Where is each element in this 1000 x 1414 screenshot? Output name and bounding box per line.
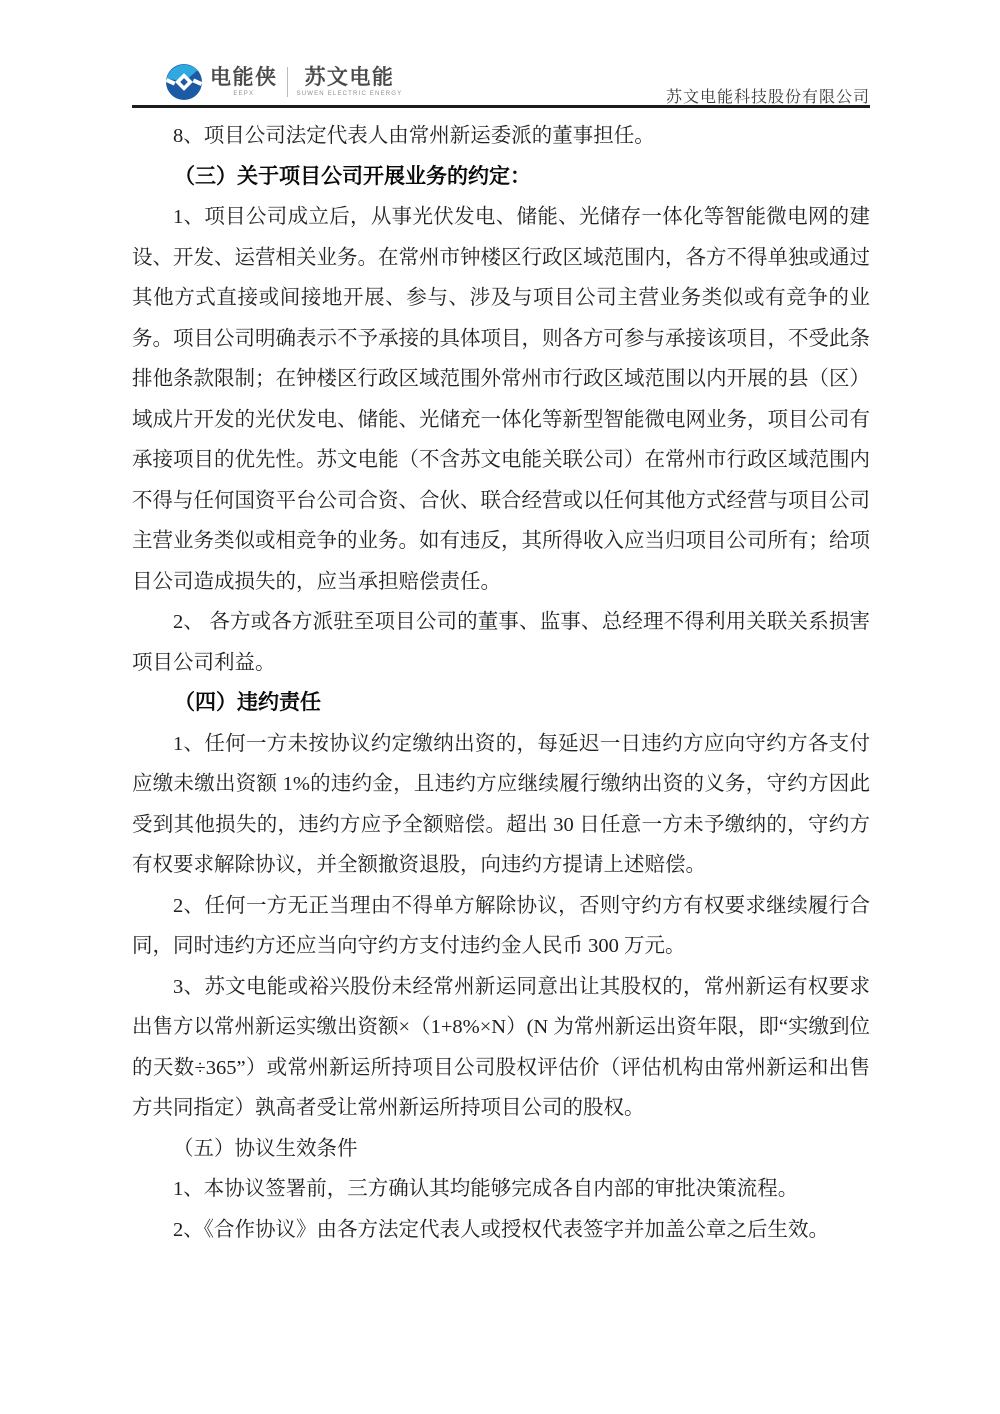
brand-secondary-name: 苏文电能 xyxy=(304,67,394,88)
heading-section-5: （五）协议生效条件 xyxy=(132,1129,870,1170)
document-body: 8、项目公司法定代表人由常州新运委派的董事担任。 （三）关于项目公司开展业务的约… xyxy=(132,116,870,1250)
paragraph-effective-1: 1、本协议签署前，三方确认其均能够完成各自内部的审批决策流程。 xyxy=(132,1169,870,1210)
paragraph-related-interests: 2、 各方或各方派驻至项目公司的董事、监事、总经理不得利用关联关系损害项目公司利… xyxy=(132,602,870,683)
company-name: 苏文电能科技股份有限公司 xyxy=(666,84,870,107)
suwen-logo-icon xyxy=(166,64,202,100)
paragraph-effective-2: 2、《合作协议》由各方法定代表人或授权代表签字并加盖公章之后生效。 xyxy=(132,1210,870,1251)
brand-primary-name: 电能侠 xyxy=(210,67,278,88)
header-divider-rule xyxy=(132,105,870,108)
document-page: 电能侠 EEPX 苏文电能 SUWEN ELECTRIC ENERGY 苏文电能… xyxy=(0,0,1000,1414)
paragraph-breach-3: 3、苏文电能或裕兴股份未经常州新运同意出让其股权的，常州新运有权要求出售方以常州… xyxy=(132,967,870,1129)
paragraph-breach-1: 1、任何一方未按协议约定缴纳出资的，每延迟一日违约方应向守约方各支付应缴未缴出资… xyxy=(132,724,870,886)
paragraph-legal-rep: 8、项目公司法定代表人由常州新运委派的董事担任。 xyxy=(132,116,870,157)
brand-primary-block: 电能侠 EEPX xyxy=(210,67,278,97)
heading-section-3: （三）关于项目公司开展业务的约定： xyxy=(132,157,870,198)
heading-section-4: （四）违约责任 xyxy=(132,683,870,724)
company-logo: 电能侠 EEPX 苏文电能 SUWEN ELECTRIC ENERGY xyxy=(166,64,402,100)
brand-secondary-subtext: SUWEN ELECTRIC ENERGY xyxy=(297,91,403,97)
brand-secondary-block: 苏文电能 SUWEN ELECTRIC ENERGY xyxy=(297,67,403,97)
paragraph-business-scope: 1、项目公司成立后，从事光伏发电、储能、光储存一体化等智能微电网的建设、开发、运… xyxy=(132,197,870,602)
brand-primary-subtext: EEPX xyxy=(233,91,254,97)
paragraph-breach-2: 2、任何一方无正当理由不得单方解除协议，否则守约方有权要求继续履行合同，同时违约… xyxy=(132,886,870,967)
brand-divider xyxy=(287,67,288,97)
